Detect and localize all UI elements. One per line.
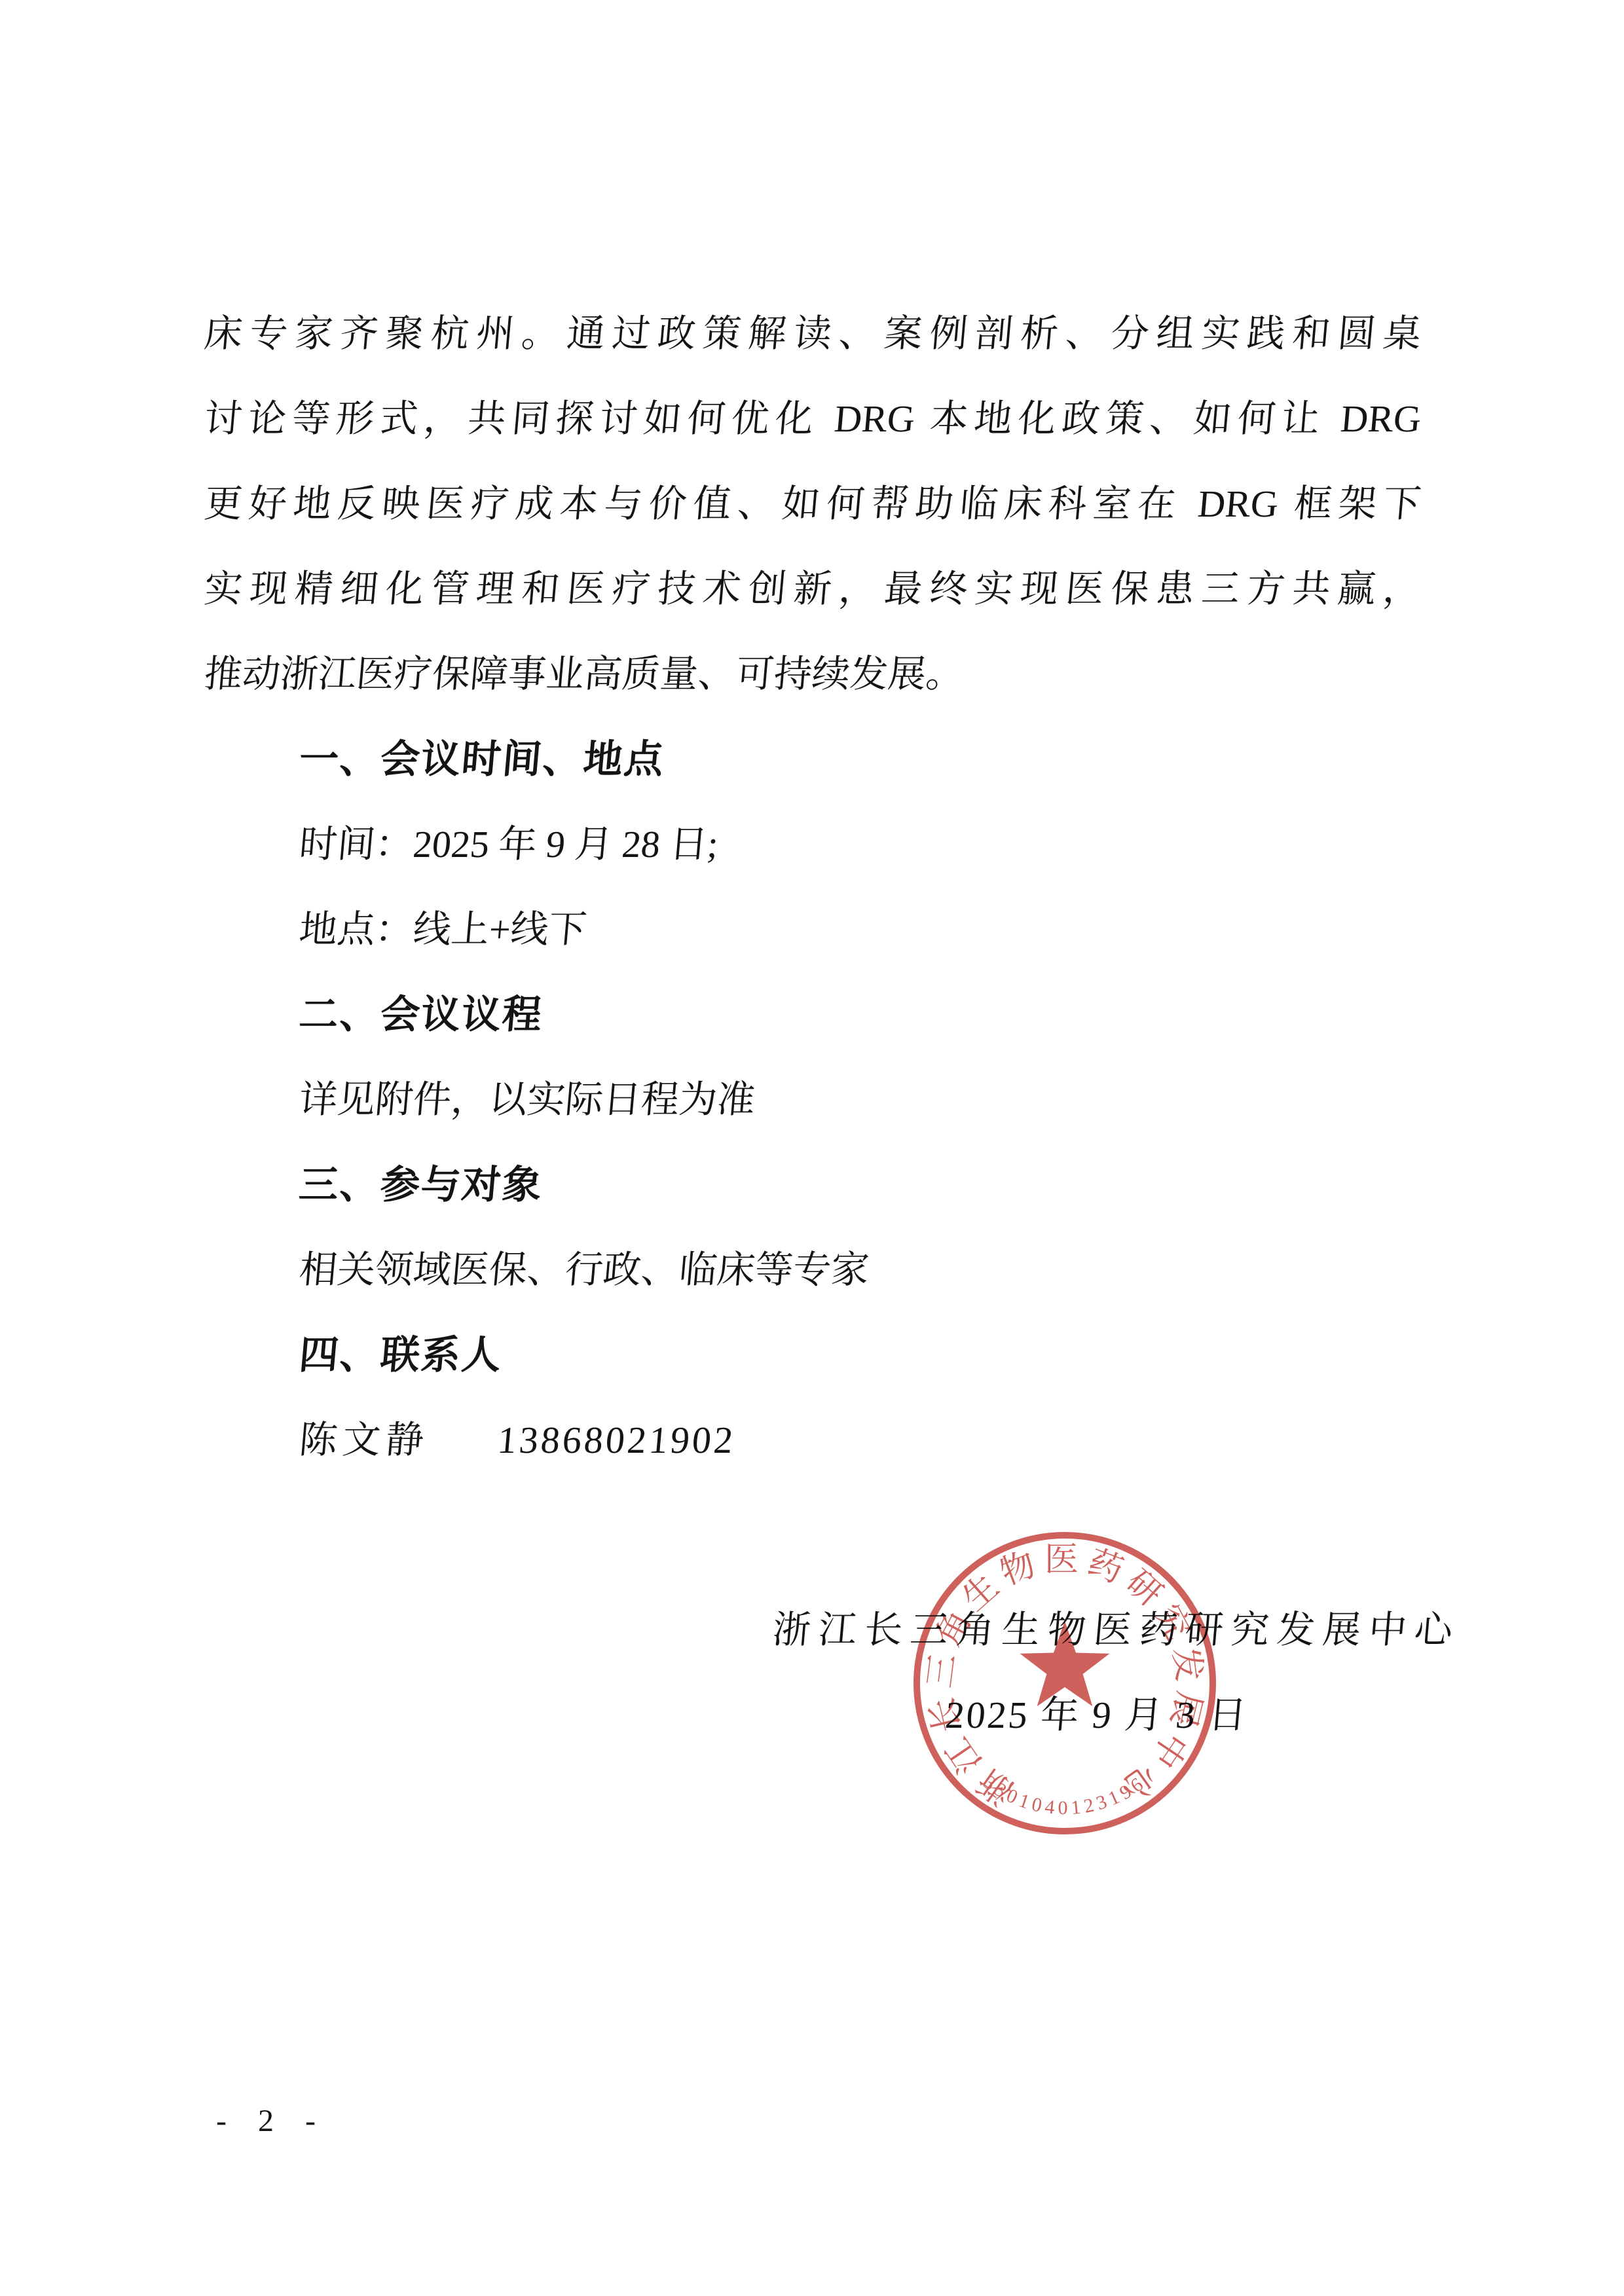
contact-name: 陈文静	[297, 1419, 431, 1461]
paragraph-line: 实现精细化管理和医疗技术创新，最终实现医保患三方共赢，	[200, 547, 1424, 632]
seal-star-icon	[1020, 1621, 1110, 1706]
paragraph-line: 床专家齐聚杭州。通过政策解读、案例剖析、分组实践和圆桌	[200, 291, 1424, 376]
page-number: - 2 -	[216, 2103, 327, 2139]
section-heading-1: 一、会议时间、地点	[200, 717, 1424, 802]
section-heading-3: 三、参与对象	[200, 1142, 1424, 1228]
paragraph-line: 更好地反映医疗成本与价值、如何帮助临床科室在 DRG 框架下	[200, 462, 1424, 547]
document-page: 床专家齐聚杭州。通过政策解读、案例剖析、分组实践和圆桌 讨论等形式，共同探讨如何…	[0, 0, 1624, 2296]
section-line-agenda: 详见附件，以实际日程为准	[200, 1057, 1424, 1142]
document-body: 床专家齐聚杭州。通过政策解读、案例剖析、分组实践和圆桌 讨论等形式，共同探讨如何…	[204, 291, 1421, 1483]
section-line-participants: 相关领域医保、行政、临床等专家	[200, 1228, 1424, 1313]
section-line-location: 地点：线上+线下	[200, 887, 1424, 972]
official-seal: 浙江长三角生物医药研究发展中心 3301040123196	[910, 1524, 1219, 1842]
paragraph-line: 推动浙江医疗保障事业高质量、可持续发展。	[200, 632, 1424, 717]
contact-line: 陈文静13868021902	[200, 1398, 1424, 1483]
section-heading-2: 二、会议议程	[200, 972, 1424, 1057]
contact-phone: 13868021902	[496, 1419, 737, 1461]
section-line-time: 时间：2025 年 9 月 28 日;	[200, 802, 1424, 887]
section-heading-4: 四、联系人	[200, 1313, 1424, 1398]
paragraph-line: 讨论等形式，共同探讨如何优化 DRG 本地化政策、如何让 DRG	[200, 376, 1424, 462]
